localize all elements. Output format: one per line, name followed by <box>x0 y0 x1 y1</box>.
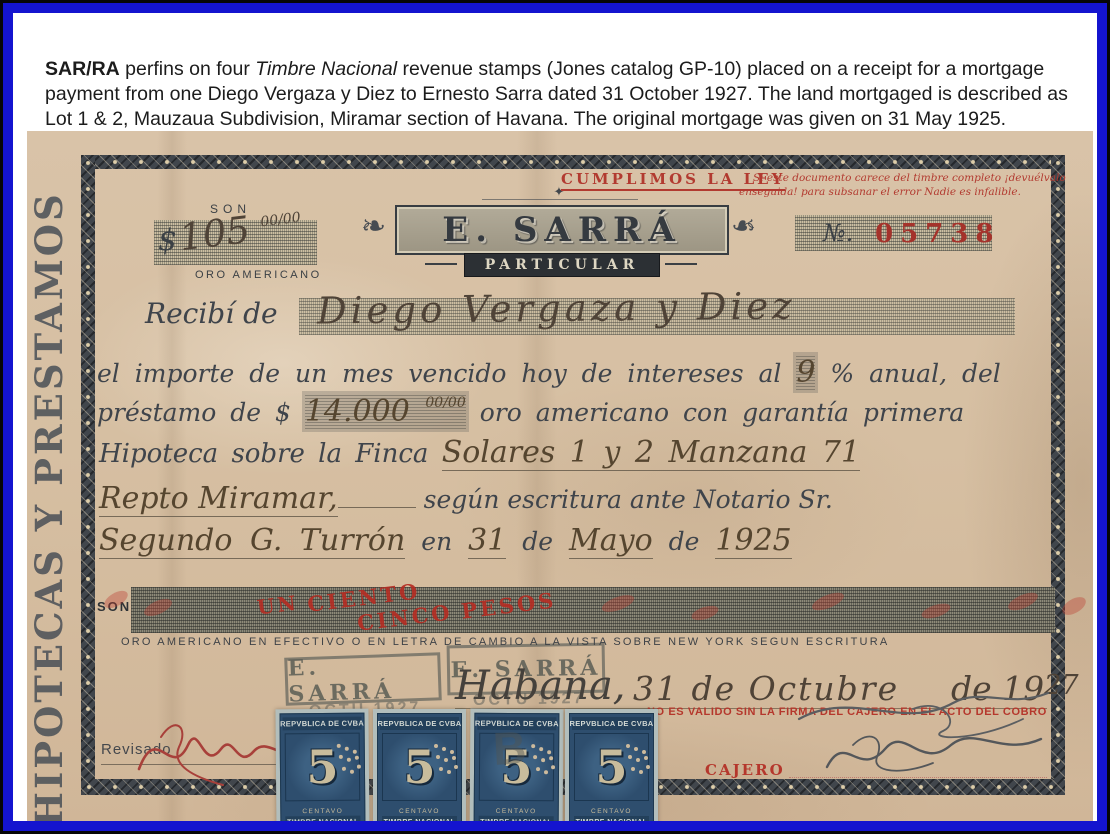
reparto-handwritten: Repto Miramar, <box>99 481 338 517</box>
stamp-series-banner: TIMBRE NACIONAL <box>479 816 554 829</box>
flourish-icon: ❧ <box>361 209 386 244</box>
cajero-label: CAJERO <box>705 761 785 779</box>
stamp-numeral-panel: 5 <box>285 733 361 802</box>
line3-printed-after: oro americano con garantía primera <box>480 398 965 427</box>
stamp-country-banner: REPVBLICA DE CVBA <box>380 717 459 730</box>
particular-banner: PARTICULAR <box>464 253 660 277</box>
body-line-reparto: Repto Miramar, según escritura ante Nota… <box>99 481 833 516</box>
amount-fraction: 00/00 <box>260 210 302 231</box>
line6-de2: de <box>669 527 700 556</box>
place-printed: Habana, <box>455 663 626 709</box>
principal-number: 14.000 <box>305 394 410 429</box>
body-line-interest: el importe de un mes vencido hoy de inte… <box>97 355 1001 390</box>
line2-printed-after: % anual, del <box>830 359 1000 388</box>
stamp-denomination: 5 <box>595 740 627 794</box>
blank-underline <box>338 482 416 508</box>
line3-printed: préstamo de $ <box>97 398 291 427</box>
margin-vertical-title: HIPOTECAS Y PRESTAMOS <box>27 137 73 827</box>
payer-name-handwritten: Diego Vergaza y Diez <box>317 284 796 332</box>
red-ink-smudge <box>1006 589 1041 614</box>
deed-year: 1925 <box>715 523 791 559</box>
sarra-rubber-stamp: E. SARRÁ <box>284 652 442 705</box>
line5-printed: según escritura ante Notario Sr. <box>424 485 833 514</box>
revenue-stamp: REPVBLICA DE CVBA 5 CENTAVO TIMBRE NACIO… <box>373 709 466 834</box>
ornamental-border-left <box>81 155 95 795</box>
body-line-notary: Segundo G. Turrón en 31 de Mayo de 1925 <box>99 523 792 558</box>
rubber-stamp-overprint-letter: B <box>492 720 528 776</box>
stamp-denomination: 5 <box>306 740 338 794</box>
red-ink-smudge <box>690 603 720 623</box>
banner-dash <box>425 263 457 265</box>
currency-symbol: $ <box>158 223 177 258</box>
stamp-series-banner: TIMBRE NACIONAL <box>285 816 360 829</box>
line6-de1: de <box>522 527 553 556</box>
stamp-numeral-panel: 5 <box>574 733 649 801</box>
recibi-de-label: Recibí de <box>145 297 278 330</box>
interest-rate-handwritten: 9 <box>796 355 815 390</box>
perfin-holes <box>531 744 535 748</box>
payment-terms-line: ORO AMERICANO EN EFECTIVO O EN LETRA DE … <box>121 636 889 648</box>
revenue-stamp-design: REPVBLICA DE CVBA 5 CENTAVO TIMBRE NACIO… <box>569 713 654 833</box>
stamp-country-banner: REPVBLICA DE CVBA <box>572 717 651 730</box>
stamped-word-un: UN <box>256 591 300 620</box>
revenue-stamp: REPVBLICA DE CVBA 5 CENTAVO TIMBRE NACIO… <box>275 709 369 834</box>
stamped-word-pesos: PESOS <box>460 587 558 623</box>
line2-printed: el importe de un mes vencido hoy de inte… <box>97 359 781 388</box>
receipt-number: 05738 <box>875 219 1000 249</box>
flourish-icon: ❧ <box>731 209 756 244</box>
stamp-numeral-panel: 5 <box>382 733 457 801</box>
property-handwritten: Solares 1 y 2 Manzana 71 <box>442 435 860 471</box>
caption-lead: SAR/RA <box>45 58 120 80</box>
red-ink-smudge <box>600 592 636 616</box>
perfin-holes <box>337 744 341 748</box>
stamp-unit-label: CENTAVO <box>378 808 461 815</box>
principal-handwritten: 14.000 00/00 <box>305 394 466 429</box>
revenue-stamp-design: REPVBLICA DE CVBA 5 CENTAVO TIMBRE NACIO… <box>377 713 462 833</box>
exhibit-page: SAR/RA perfins on four Timbre Nacional r… <box>0 0 1110 834</box>
principal-fraction: 00/00 <box>425 395 465 411</box>
red-ink-smudge <box>142 595 175 619</box>
stamp-unit-label: CENTAVO <box>281 808 364 816</box>
body-line-property: Hipoteca sobre la Finca Solares 1 y 2 Ma… <box>99 435 860 470</box>
receipt-scan: HIPOTECAS Y PRESTAMOS SON $ 105 00/00 OR… <box>27 131 1093 834</box>
stamp-series-banner: TIMBRE NACIONAL <box>382 816 457 828</box>
notary-handwritten: Segundo G. Turrón <box>99 523 405 559</box>
oro-americano-label: ORO AMERICANO <box>195 269 322 281</box>
stamp-unit-label: CENTAVO <box>570 808 653 815</box>
amount-number: 105 <box>177 208 252 259</box>
stamp-denomination: 5 <box>403 740 435 794</box>
revenue-stamp-design: REPVBLICA DE CVBA 5 CENTAVO TIMBRE NACIO… <box>279 713 365 834</box>
perfin-holes <box>626 744 630 748</box>
stamp-country-banner: REPVBLICA DE CVBA <box>283 717 362 731</box>
timbre-warning-line1: Si este documento carece del timbre comp… <box>753 172 1066 184</box>
ornamental-border-top <box>81 155 1065 169</box>
timbre-warning-line2: enseguida! para subsanar el error Nadie … <box>739 186 1021 198</box>
caption-italic-term: Timbre Nacional <box>255 58 397 80</box>
cashier-signature <box>793 679 1061 791</box>
number-sign: №. <box>823 219 853 247</box>
banner-dash <box>665 263 697 265</box>
stamp-unit-label: CENTAVO <box>475 808 558 816</box>
red-ink-smudge <box>920 601 952 622</box>
red-ink-smudge <box>810 589 846 614</box>
deed-month: Mayo <box>569 523 653 559</box>
revenue-stamp: REPVBLICA DE CVBA 5 CENTAVO TIMBRE NACIO… <box>565 709 658 834</box>
line4-printed: Hipoteca sobre la Finca <box>99 439 428 469</box>
caption-body-1: perfins on four <box>120 58 256 80</box>
amount-words-security-band: UN CIENTO CINCO PESOS <box>131 587 1055 633</box>
body-line-principal: préstamo de $ 14.000 00/00 oro americano… <box>97 394 964 429</box>
company-plaque: E. SARRÁ <box>395 205 729 255</box>
exhibit-caption: SAR/RA perfins on four Timbre Nacional r… <box>45 57 1079 132</box>
line6-en: en <box>421 527 452 556</box>
stamp-series-banner: TIMBRE NACIONAL <box>574 816 649 828</box>
deed-day: 31 <box>468 523 506 559</box>
perfin-holes <box>434 744 438 748</box>
